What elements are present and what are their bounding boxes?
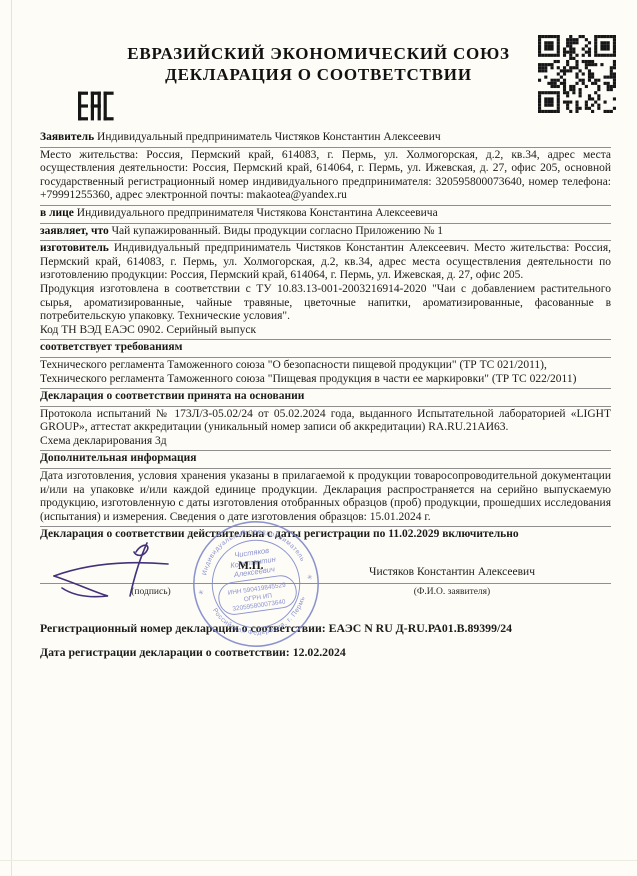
stamp-name-line1: Чистяков	[234, 546, 270, 560]
manufacturer-paragraph: изготовитель Индивидуальный предпринимат…	[40, 242, 611, 283]
title-declaration: ДЕКЛАРАЦИЯ О СООТВЕТСТВИИ	[100, 65, 537, 86]
declares-row: заявляет, что Чай купажированный. Виды п…	[40, 224, 611, 242]
signer-caption: (Ф.И.О. заявителя)	[342, 586, 562, 600]
registration-date-row: Дата регистрации декларации о соответств…	[40, 644, 611, 662]
in-person-value: Индивидуального предпринимателя Чистяков…	[77, 207, 438, 219]
in-person-row: в лице Индивидуального предпринимателя Ч…	[40, 206, 611, 224]
applicant-row: Заявитель Индивидуальный предприниматель…	[40, 130, 611, 148]
requirements-row: Технического регламента Таможенного союз…	[40, 358, 611, 389]
basis-heading: Декларация о соответствии принята на осн…	[40, 389, 611, 407]
production-standard: Продукция изготовлена в соответствии с Т…	[40, 283, 611, 324]
stamp-ogrn: 320595800073640	[232, 598, 286, 612]
manufacturer-label: изготовитель	[40, 242, 109, 254]
title-union: ЕВРАЗИЙСКИЙ ЭКОНОМИЧЕСКИЙ СОЮЗ	[100, 44, 537, 65]
document-header: ЕВРАЗИЙСКИЙ ЭКОНОМИЧЕСКИЙ СОЮЗ ДЕКЛАРАЦИ…	[0, 0, 637, 130]
manufacturer-value: Индивидуальный предприниматель Чистяков …	[40, 242, 611, 281]
signer-name: Чистяков Константин Алексеевич	[342, 566, 562, 580]
document-title: ЕВРАЗИЙСКИЙ ЭКОНОМИЧЕСКИЙ СОЮЗ ДЕКЛАРАЦИ…	[100, 44, 537, 85]
complies-heading: соответствует требованиям	[40, 340, 611, 358]
registration-date-value: 12.02.2024	[293, 645, 346, 659]
requirements-text: Технического регламента Таможенного союз…	[40, 359, 576, 385]
in-person-label: в лице	[40, 207, 74, 219]
registration-date-label: Дата регистрации декларации о соответств…	[40, 645, 290, 659]
additional-row: Дата изготовления, условия хранения указ…	[40, 469, 611, 527]
declares-value: Чай купажированный. Виды продукции согла…	[112, 225, 443, 237]
registration-number-row: Регистрационный номер декларации о соотв…	[40, 620, 611, 638]
tnved-code: Код ТН ВЭД ЕАЭС 0902. Серийный выпуск	[40, 324, 611, 338]
registration-number-label: Регистрационный номер декларации о соотв…	[40, 621, 326, 635]
registration-number-value: ЕАЭС N RU Д-RU.РА01.В.89399/24	[329, 621, 512, 635]
additional-text: Дата изготовления, условия хранения указ…	[40, 470, 611, 523]
signature-caption: (подпись)	[91, 586, 211, 600]
additional-heading: Дополнительная информация	[40, 451, 611, 469]
stamp-ogrn-label: ОГРН ИП	[243, 592, 272, 603]
document-body: Заявитель Индивидуальный предприниматель…	[40, 130, 611, 661]
mp-label: М.П.	[238, 560, 264, 574]
eac-mark-icon	[78, 84, 114, 128]
page-edge-left	[11, 0, 12, 876]
applicant-address: Место жительства: Россия, Пермский край,…	[40, 149, 611, 202]
applicant-value: Индивидуальный предприниматель Чистяков …	[97, 131, 441, 143]
basis-text: Протокола испытаний № 173Л/З-05.02/24 от…	[40, 408, 611, 435]
basis-row: Протокола испытаний № 173Л/З-05.02/24 от…	[40, 407, 611, 452]
applicant-label: Заявитель	[40, 131, 94, 143]
declares-label: заявляет, что	[40, 225, 109, 237]
declaration-scheme: Схема декларирования 3д	[40, 435, 611, 449]
stamp-star-right: ✳	[307, 574, 314, 582]
page-edge-bottom	[0, 860, 637, 861]
manufacturer-row: изготовитель Индивидуальный предпринимат…	[40, 241, 611, 340]
signature-block: Индивидуальный предприниматель Российска…	[40, 546, 611, 606]
qr-code	[538, 35, 616, 113]
applicant-address-row: Место жительства: Россия, Пермский край,…	[40, 148, 611, 206]
